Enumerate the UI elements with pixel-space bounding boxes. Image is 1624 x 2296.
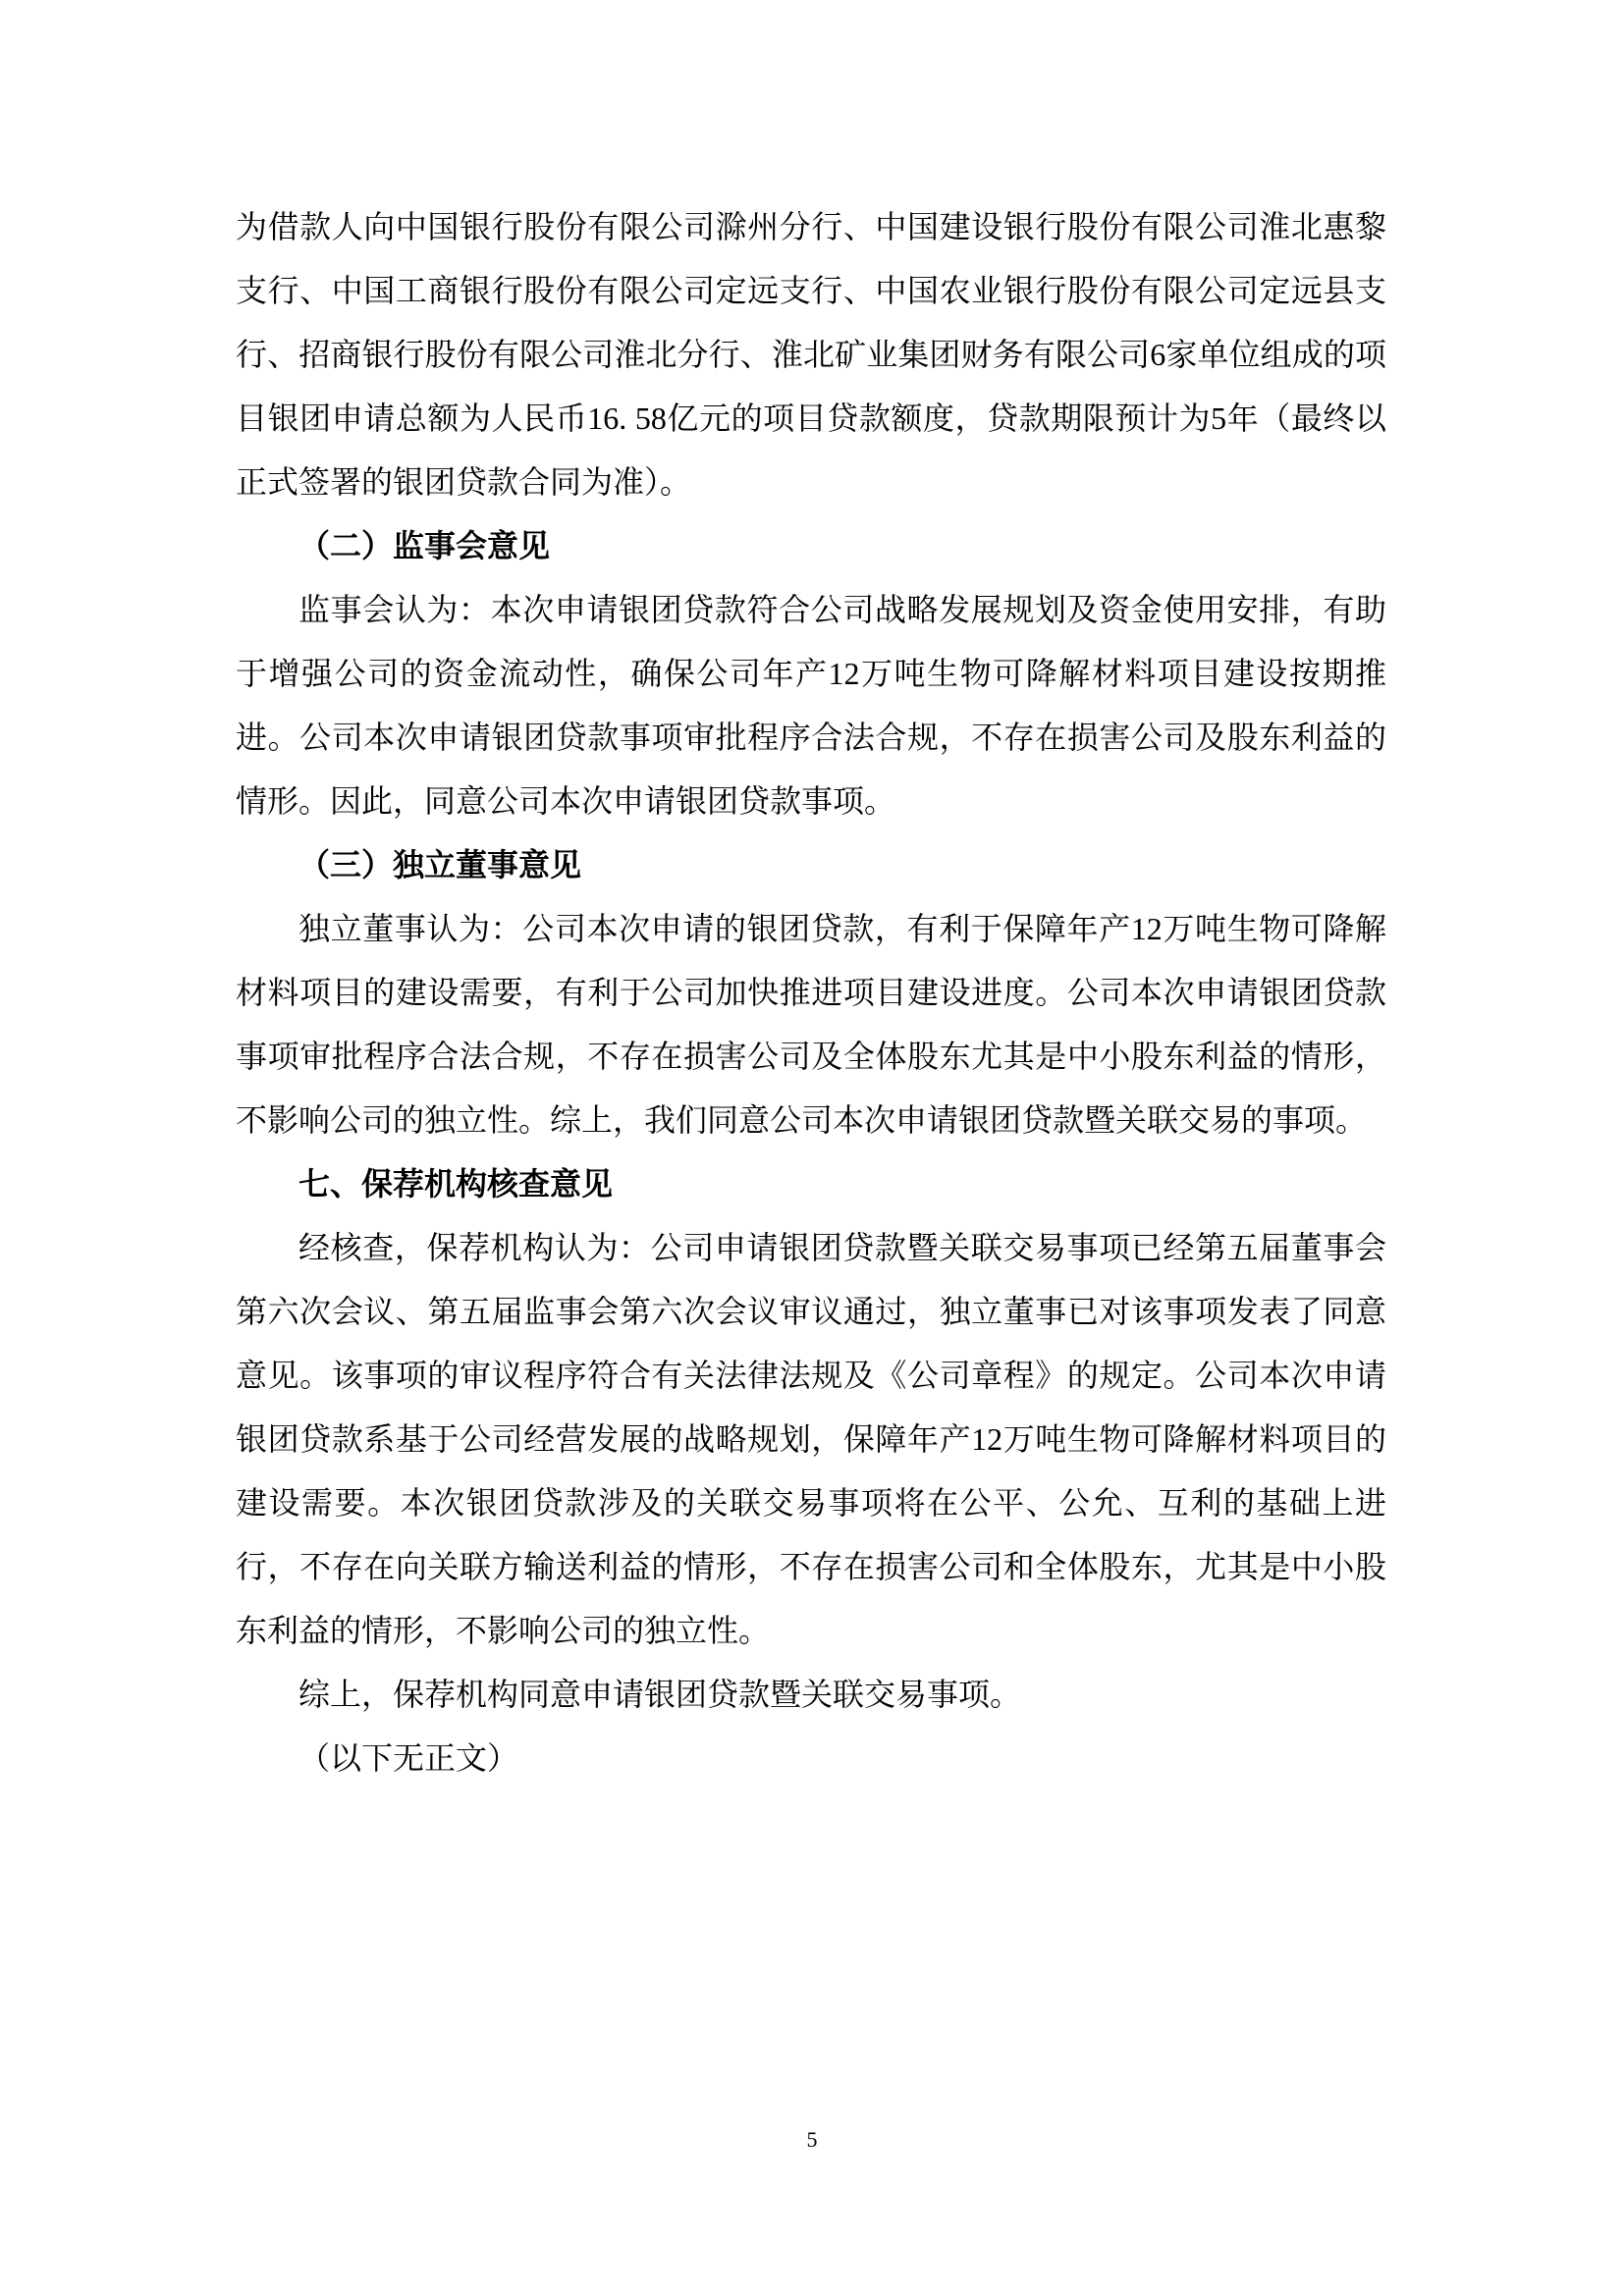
paragraph-no-further-text: （以下无正文） [236,1727,1386,1790]
heading-supervisory-board-opinion: （二）监事会意见 [236,514,1386,578]
page-number: 5 [0,2123,1624,2157]
paragraph-independent-directors-opinion: 独立董事认为：公司本次申请的银团贷款，有利于保障年产12万吨生物可降解材料项目的… [236,897,1386,1152]
document-content: 为借款人向中国银行股份有限公司滁州分行、中国建设银行股份有限公司淮北惠黎支行、中… [236,195,1386,1790]
heading-sponsor-verification-opinion: 七、保荐机构核查意见 [236,1152,1386,1216]
document-page: 为借款人向中国银行股份有限公司滁州分行、中国建设银行股份有限公司淮北惠黎支行、中… [0,0,1624,2296]
paragraph-sponsor-conclusion: 综上，保荐机构同意申请银团贷款暨关联交易事项。 [236,1663,1386,1727]
heading-independent-directors-opinion: （三）独立董事意见 [236,833,1386,897]
paragraph-sponsor-verification-opinion: 经核查，保荐机构认为：公司申请银团贷款暨关联交易事项已经第五届董事会第六次会议、… [236,1216,1386,1663]
paragraph-supervisory-board-opinion: 监事会认为：本次申请银团贷款符合公司战略发展规划及资金使用安排，有助于增强公司的… [236,578,1386,833]
paragraph-syndicated-loan-details: 为借款人向中国银行股份有限公司滁州分行、中国建设银行股份有限公司淮北惠黎支行、中… [236,195,1386,514]
